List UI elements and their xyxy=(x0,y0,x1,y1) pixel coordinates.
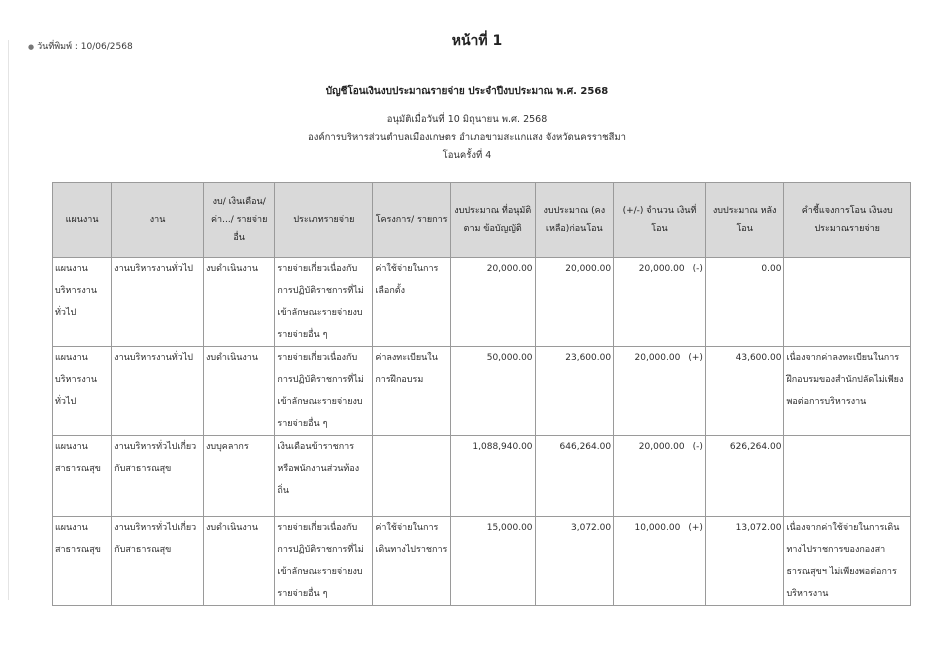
transfer-sign: (-) xyxy=(693,264,703,274)
header-transfer-amount: (+/-) จำนวน เงินที่โอน xyxy=(614,183,706,258)
cell-budget-after: 13,072.00 xyxy=(705,517,784,606)
cell-budget-after: 626,264.00 xyxy=(705,436,784,517)
table-header-row: แผนงาน งาน งบ/ เงินเดือน/ ค่า.../ รายจ่า… xyxy=(53,183,911,258)
cell-remaining-before: 23,600.00 xyxy=(535,347,614,436)
transfer-amount-value: 10,000.00 xyxy=(635,523,681,533)
cell-approved-budget: 50,000.00 xyxy=(450,347,535,436)
cell-transfer-note: เนื่องจากค่าลงทะเบียนในการฝึกอบรมของสำนั… xyxy=(784,347,911,436)
table-row: แผนงานสาธารณสุขงานบริหารทั่วไปเกี่ยวกับส… xyxy=(53,517,911,606)
cell-approved-budget: 15,000.00 xyxy=(450,517,535,606)
table-row: แผนงานสาธารณสุขงานบริหารทั่วไปเกี่ยวกับส… xyxy=(53,436,911,517)
document-title: บัญชีโอนเงินงบประมาณรายจ่าย ประจำปีงบประ… xyxy=(0,84,934,99)
table-row: แผนงานบริหารงานทั่วไปงานบริหารงานทั่วไปง… xyxy=(53,258,911,347)
cell-expense-type: รายจ่ายเกี่ยวเนื่องกับการปฏิบัติราชการที… xyxy=(275,347,373,436)
transfer-amount-value: 20,000.00 xyxy=(635,353,681,363)
header-approved-budget: งบประมาณ ที่อนุมัติตาม ข้อบัญญัติ xyxy=(450,183,535,258)
transfer-number: โอนครั้งที่ 4 xyxy=(0,148,934,163)
transfer-sign: (-) xyxy=(693,442,703,452)
cell-plan: แผนงานสาธารณสุข xyxy=(53,436,112,517)
cell-approved-budget: 1,088,940.00 xyxy=(450,436,535,517)
transfer-sign: (+) xyxy=(688,523,703,533)
cell-remaining-before: 20,000.00 xyxy=(535,258,614,347)
header-budget-after: งบประมาณ หลังโอน xyxy=(705,183,784,258)
budget-transfer-table: แผนงาน งาน งบ/ เงินเดือน/ ค่า.../ รายจ่า… xyxy=(52,182,911,606)
cell-transfer-note xyxy=(784,436,911,517)
cell-category: งบบุคลากร xyxy=(203,436,274,517)
cell-remaining-before: 646,264.00 xyxy=(535,436,614,517)
cell-project: ค่าลงทะเบียนในการฝึกอบรม xyxy=(373,347,451,436)
approved-date-line: อนุมัติเมื่อวันที่ 10 มิถุนายน พ.ศ. 2568 xyxy=(0,112,934,127)
transfer-amount-value: 20,000.00 xyxy=(639,442,685,452)
header-expense-type: ประเภทรายจ่าย xyxy=(275,183,373,258)
cell-transfer-amount: 20,000.00(-) xyxy=(614,436,706,517)
cell-category: งบดำเนินงาน xyxy=(203,347,274,436)
table-row: แผนงานบริหารงานทั่วไปงานบริหารงานทั่วไปง… xyxy=(53,347,911,436)
cell-plan: แผนงานบริหารงานทั่วไป xyxy=(53,347,112,436)
cell-expense-type: เงินเดือนข้าราชการ หรือพนักงานส่วนท้องถิ… xyxy=(275,436,373,517)
cell-expense-type: รายจ่ายเกี่ยวเนื่องกับการปฏิบัติราชการที… xyxy=(275,258,373,347)
cell-work: งานบริหารงานทั่วไป xyxy=(112,258,204,347)
organization-line: องค์การบริหารส่วนตำบลเมืองเกษตร อำเภอขาม… xyxy=(0,130,934,145)
cell-transfer-note: เนื่องจากค่าใช้จ่ายในการเดินทางไปราชการข… xyxy=(784,517,911,606)
transfer-amount-value: 20,000.00 xyxy=(639,264,685,274)
cell-category: งบดำเนินงาน xyxy=(203,517,274,606)
header-plan: แผนงาน xyxy=(53,183,112,258)
page-number: หน้าที่ 1 xyxy=(0,30,934,52)
cell-expense-type: รายจ่ายเกี่ยวเนื่องกับการปฏิบัติราชการที… xyxy=(275,517,373,606)
cell-project: ค่าใช้จ่ายในการเดินทางไปราชการ xyxy=(373,517,451,606)
cell-budget-after: 43,600.00 xyxy=(705,347,784,436)
cell-work: งานบริหารงานทั่วไป xyxy=(112,347,204,436)
cell-work: งานบริหารทั่วไปเกี่ยวกับสาธารณสุข xyxy=(112,436,204,517)
transfer-sign: (+) xyxy=(688,353,703,363)
cell-transfer-amount: 10,000.00(+) xyxy=(614,517,706,606)
cell-approved-budget: 20,000.00 xyxy=(450,258,535,347)
cell-transfer-note xyxy=(784,258,911,347)
header-work: งาน xyxy=(112,183,204,258)
cell-project xyxy=(373,436,451,517)
cell-plan: แผนงานสาธารณสุข xyxy=(53,517,112,606)
cell-transfer-amount: 20,000.00(+) xyxy=(614,347,706,436)
cell-remaining-before: 3,072.00 xyxy=(535,517,614,606)
header-transfer-note: คำชี้แจงการโอน เงินงบประมาณรายจ่าย xyxy=(784,183,911,258)
cell-budget-after: 0.00 xyxy=(705,258,784,347)
cell-plan: แผนงานบริหารงานทั่วไป xyxy=(53,258,112,347)
header-project: โครงการ/ รายการ xyxy=(373,183,451,258)
cell-project: ค่าใช้จ่ายในการเลือกตั้ง xyxy=(373,258,451,347)
cell-work: งานบริหารทั่วไปเกี่ยวกับสาธารณสุข xyxy=(112,517,204,606)
cell-transfer-amount: 20,000.00(-) xyxy=(614,258,706,347)
cell-category: งบดำเนินงาน xyxy=(203,258,274,347)
header-remaining-before: งบประมาณ (คงเหลือ)ก่อนโอน xyxy=(535,183,614,258)
header-category: งบ/ เงินเดือน/ ค่า.../ รายจ่ายอื่น xyxy=(203,183,274,258)
